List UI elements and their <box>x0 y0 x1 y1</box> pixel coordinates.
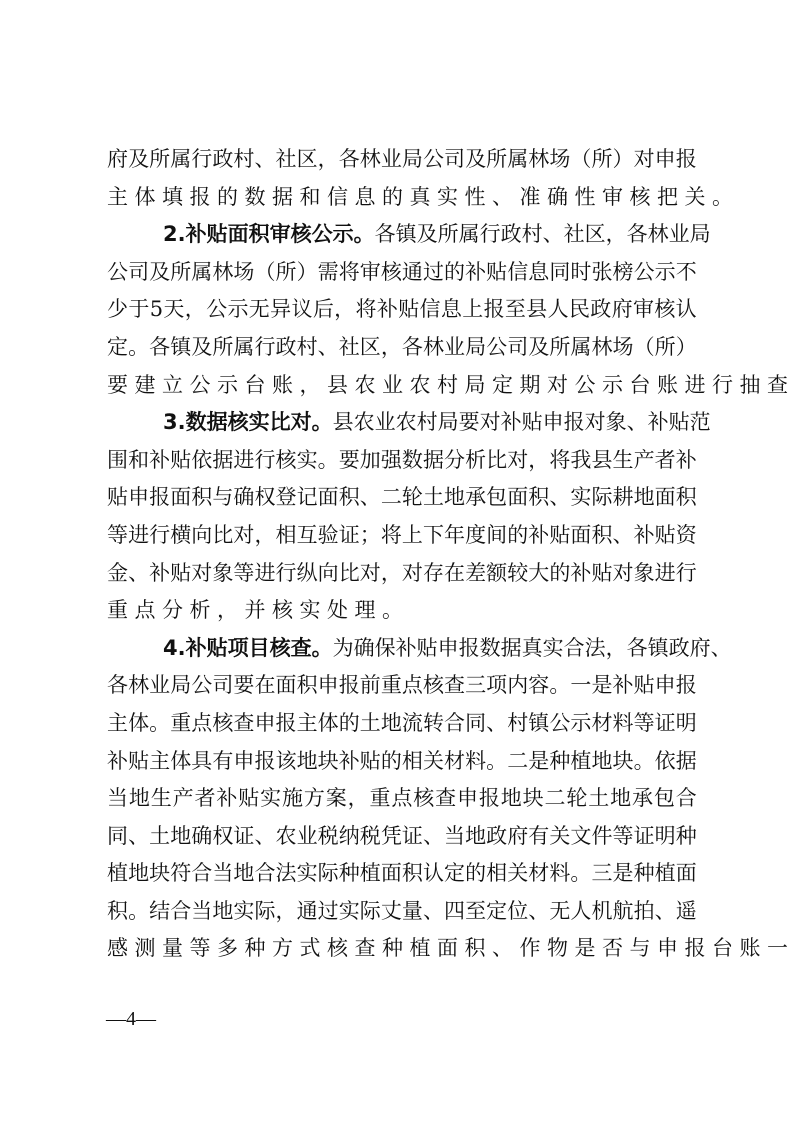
text-line: 主体。重点核查申报主体的土地流转合同、村镇公示材料等证明 <box>107 705 697 743</box>
paragraph-p4: 4.补贴项目核查。为确保补贴申报数据真实合法，各镇政府、各林业局公司要在面积申报… <box>107 630 697 968</box>
text-line: 感测量等多种方式核查种植面积、作物是否与申报台账一致。县 <box>107 930 697 968</box>
text-line: 公司及所属林场（所）需将审核通过的补贴信息同时张榜公示不 <box>107 254 697 292</box>
text-line: 当地生产者补贴实施方案，重点核查申报地块二轮土地承包合 <box>107 780 697 818</box>
text-line: 3.数据核实比对。县农业农村局要对补贴申报对象、补贴范 <box>107 404 697 442</box>
text-line: 植地块符合当地合法实际种植面积认定的相关材料。三是种植面 <box>107 855 697 893</box>
text-line: 围和补贴依据进行核实。要加强数据分析比对，将我县生产者补 <box>107 442 697 480</box>
text-line: 2.补贴面积审核公示。各镇及所属行政村、社区，各林业局 <box>107 216 697 254</box>
text-line: 主体填报的数据和信息的真实性、准确性审核把关。 <box>107 179 697 217</box>
text-line: 各林业局公司要在面积申报前重点核查三项内容。一是补贴申报 <box>107 667 697 705</box>
text-line: 金、补贴对象等进行纵向比对，对存在差额较大的补贴对象进行 <box>107 555 697 593</box>
paragraph-p0: 府及所属行政村、社区，各林业局公司及所属林场（所）对申报主体填报的数据和信息的真… <box>107 141 697 216</box>
paragraph-p2: 2.补贴面积审核公示。各镇及所属行政村、社区，各林业局公司及所属林场（所）需将审… <box>107 216 697 404</box>
text-line: 少于5天，公示无异议后，将补贴信息上报至县人民政府审核认 <box>107 291 697 329</box>
body-text: 府及所属行政村、社区，各林业局公司及所属林场（所）对申报主体填报的数据和信息的真… <box>107 141 697 968</box>
text-line: 同、土地确权证、农业税纳税凭证、当地政府有关文件等证明种 <box>107 818 697 856</box>
text-line: 贴申报面积与确权登记面积、二轮土地承包面积、实际耕地面积 <box>107 479 697 517</box>
document-page: 府及所属行政村、社区，各林业局公司及所属林场（所）对申报主体填报的数据和信息的真… <box>0 0 793 1122</box>
text-line: 积。结合当地实际，通过实际丈量、四至定位、无人机航拍、遥 <box>107 893 697 931</box>
text-line: 补贴主体具有申报该地块补贴的相关材料。二是种植地块。依据 <box>107 743 697 781</box>
text-line: 要建立公示台账，县农业农村局定期对公示台账进行抽查复核。 <box>107 367 697 405</box>
paragraph-p3: 3.数据核实比对。县农业农村局要对补贴申报对象、补贴范围和补贴依据进行核实。要加… <box>107 404 697 630</box>
text-line: 等进行横向比对，相互验证；将上下年度间的补贴面积、补贴资 <box>107 517 697 555</box>
page-number: —4— <box>106 1008 156 1031</box>
text-line: 重点分析，并核实处理。 <box>107 592 697 630</box>
text-line: 4.补贴项目核查。为确保补贴申报数据真实合法，各镇政府、 <box>107 630 697 668</box>
text-line: 府及所属行政村、社区，各林业局公司及所属林场（所）对申报 <box>107 141 697 179</box>
text-line: 定。各镇及所属行政村、社区，各林业局公司及所属林场（所） <box>107 329 697 367</box>
